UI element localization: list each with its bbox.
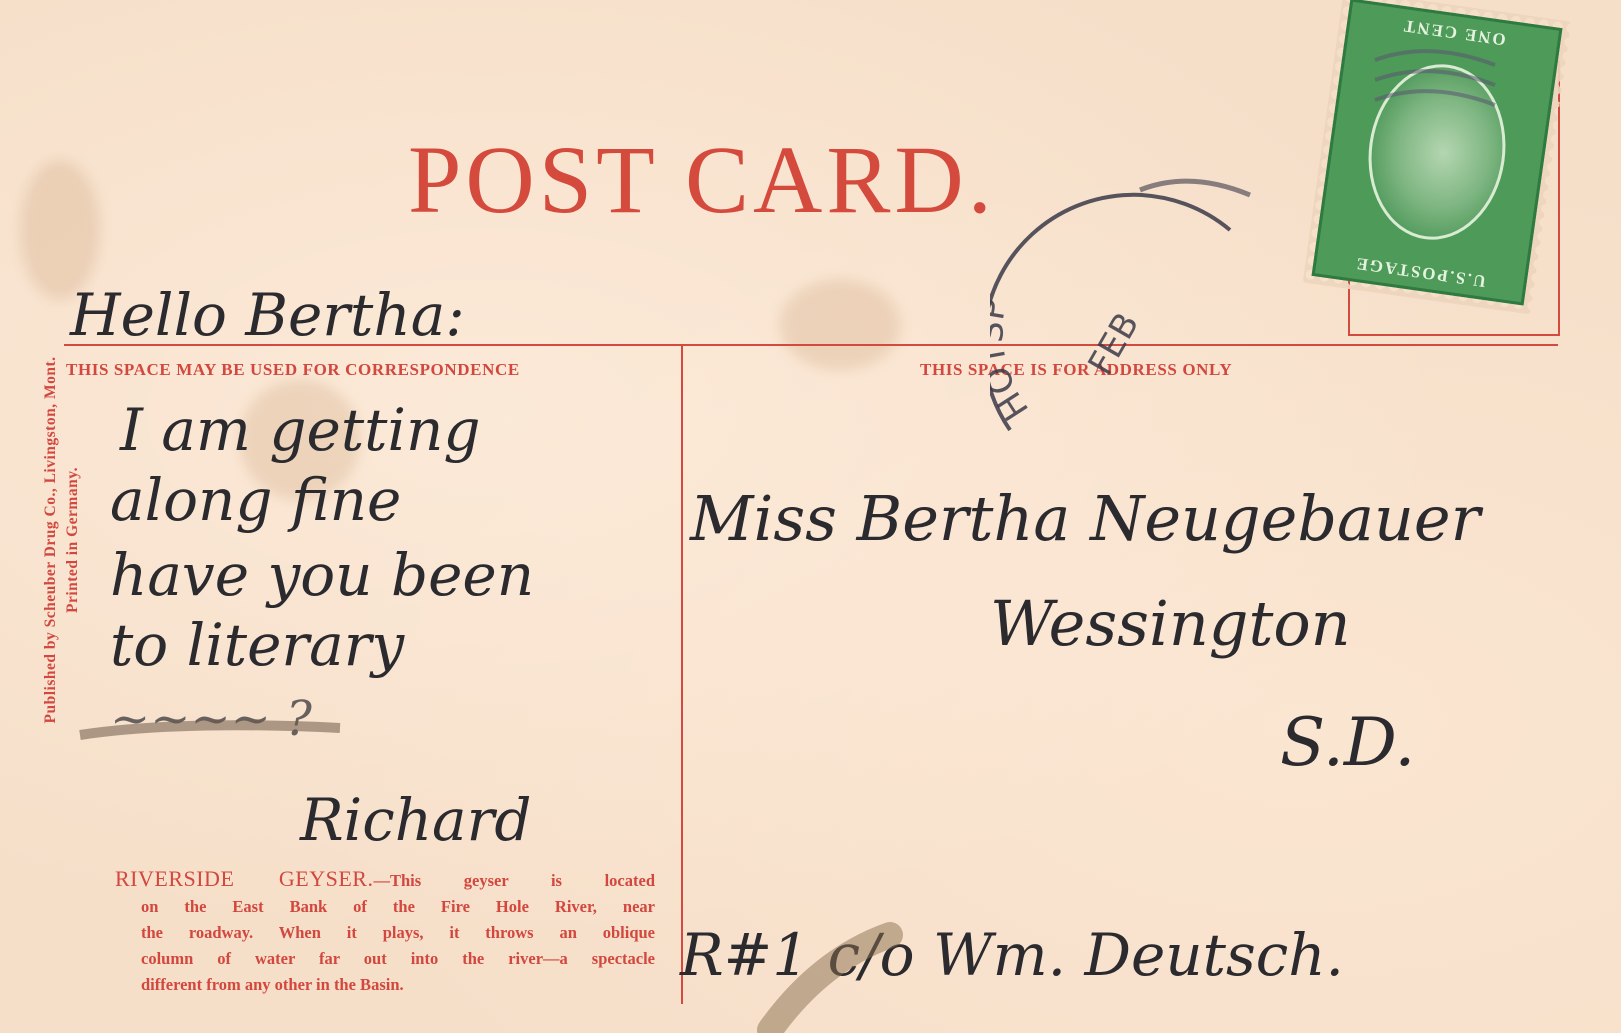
postcard-title: POST CARD. [408, 132, 996, 228]
printed-in-line: Printed in Germany. [62, 270, 84, 810]
greeting: Hello Bertha: [69, 281, 465, 349]
message-line: to literary [110, 611, 405, 679]
caption: RIVERSIDE GEYSER.—This geyser is located… [115, 866, 655, 998]
address-line: S.D. [1280, 704, 1415, 781]
horizontal-divider [64, 344, 1558, 346]
postage-stamp: ONE CENT U.S.POSTAGE [1312, 0, 1563, 306]
message-line: have you been [110, 541, 534, 609]
stamp-portrait [1357, 55, 1516, 248]
publisher-line: Published by Scheuber Drug Co., Livingst… [40, 270, 62, 810]
address-line: Miss Bertha Neugebauer [689, 482, 1484, 555]
caption-line: the roadway. When it plays, it throws an… [115, 920, 655, 946]
caption-line: different from any other in the Basin. [115, 972, 655, 998]
caption-line: on the East Bank of the Fire Hole River,… [115, 894, 655, 920]
vertical-divider [681, 344, 683, 1004]
caption-heading: RIVERSIDE GEYSER. [115, 866, 373, 891]
ink-smudge [770, 935, 890, 1030]
stamp-top-text: ONE CENT [1401, 15, 1507, 49]
caption-line: column of water far out into the river—a… [115, 946, 655, 972]
stain [240, 380, 360, 500]
address-line: Wessington [990, 587, 1351, 660]
publisher-imprint: Published by Scheuber Drug Co., Livingst… [40, 270, 84, 810]
stamp-face: ONE CENT U.S.POSTAGE [1312, 0, 1563, 306]
caption-line: —This geyser is located [373, 871, 655, 890]
address-line: R#1 c/o Wm. Deutsch. [679, 921, 1344, 989]
postcard-back: POST CARD. THIS SPACE MAY BE USED FOR CO… [0, 0, 1621, 1033]
address-label: THIS SPACE IS FOR ADDRESS ONLY [920, 360, 1232, 380]
ink-scribble [80, 725, 340, 735]
stain [780, 280, 900, 370]
correspondence-label: THIS SPACE MAY BE USED FOR CORRESPONDENC… [66, 360, 520, 380]
signature: Richard [299, 786, 532, 854]
postmark: HOTSP FEB [990, 170, 1310, 490]
message-line: ~~~~ ? [110, 691, 312, 747]
